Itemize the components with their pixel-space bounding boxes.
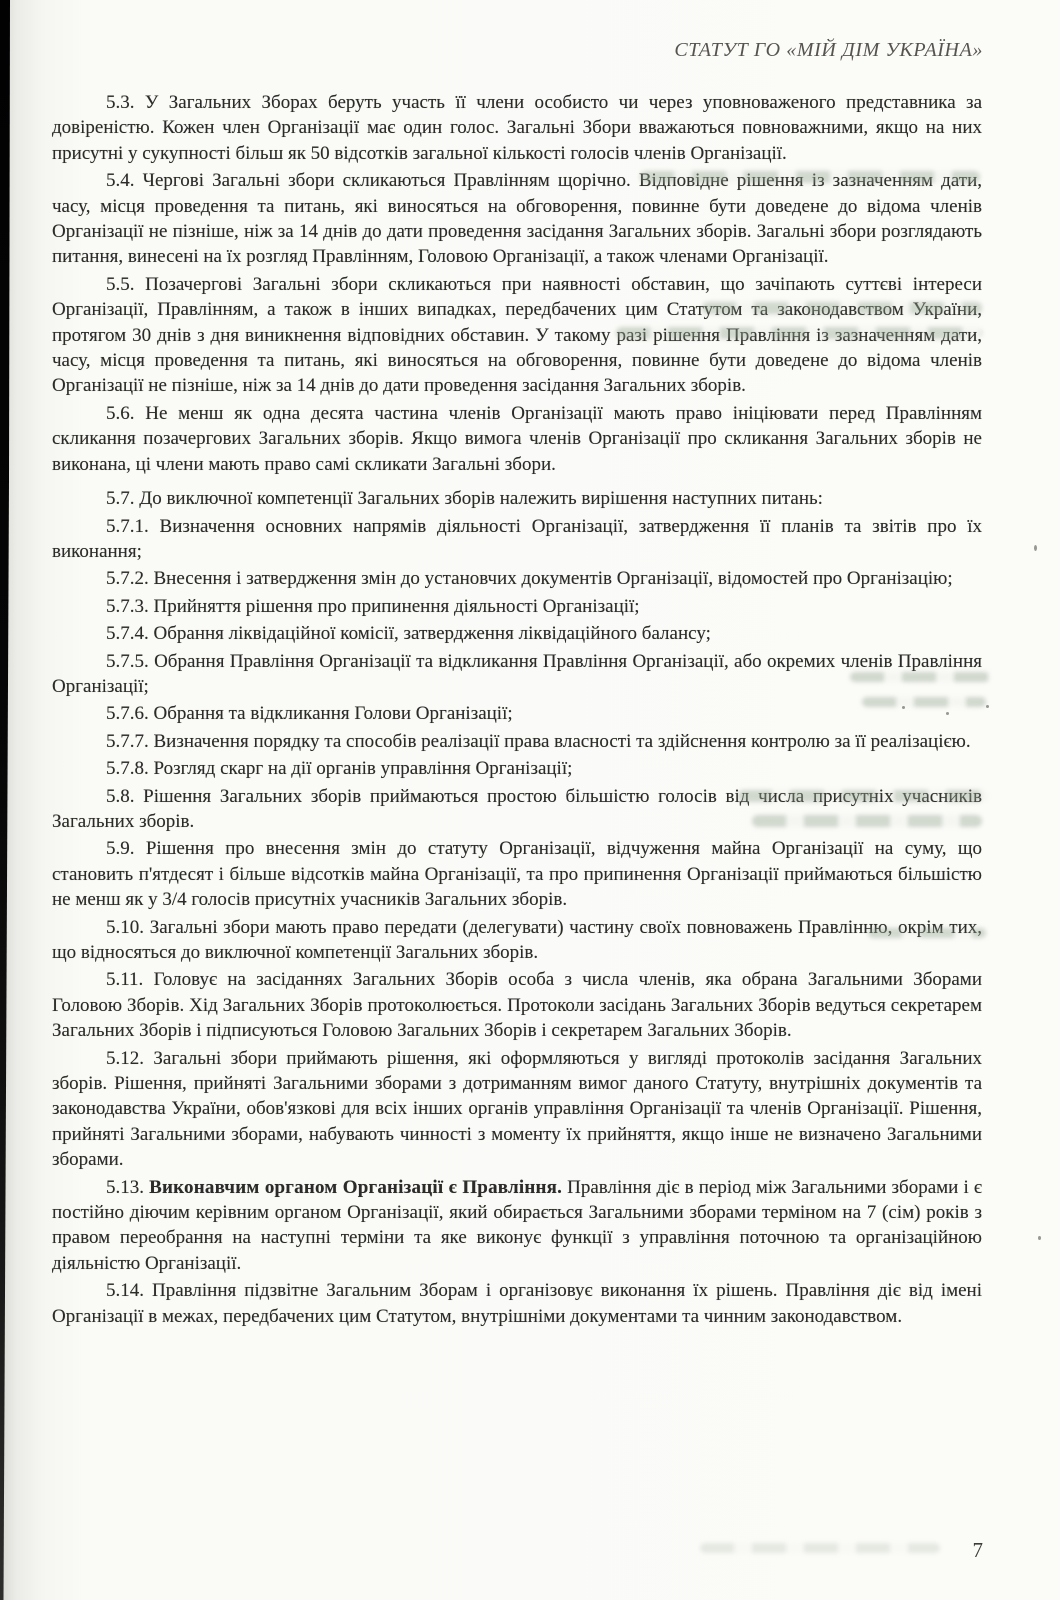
paragraph-5-4: 5.4. Чергові Загальні збори скликаються …: [52, 168, 982, 270]
clause-text: Рішення Загальних зборів приймаються про…: [52, 786, 982, 832]
clause-text: Визначення порядку та способів реалізаці…: [154, 731, 971, 752]
clause-text: Загальні збори приймають рішення, які оф…: [52, 1048, 982, 1171]
clause-number: 5.7.6.: [106, 703, 154, 724]
paragraph-5-7-6: 5.7.6. Обрання та відкликання Голови Орг…: [52, 701, 982, 726]
paragraph-5-7-3: 5.7.3. Прийняття рішення про припинення …: [52, 594, 982, 619]
clause-number: 5.7.4.: [106, 623, 154, 644]
paragraph-5-8: 5.8. Рішення Загальних зборів приймаютьс…: [52, 784, 982, 835]
clause-text: Обрання ліквідаційної комісії, затвердже…: [154, 623, 711, 644]
clause-number: 5.13.: [106, 1177, 149, 1198]
paragraph-5-10: 5.10. Загальні збори мають право передат…: [52, 915, 982, 966]
running-header: СТАТУТ ГО «МІЙ ДІМ УКРАЇНА»: [674, 39, 983, 62]
paragraph-5-7-1: 5.7.1. Визначення основних напрямів діял…: [52, 514, 982, 565]
clause-text: Правління підзвітне Загальним Зборам і о…: [52, 1280, 982, 1326]
paragraph-5-7-4: 5.7.4. Обрання ліквідаційної комісії, за…: [52, 621, 982, 646]
clause-number: 5.7.7.: [106, 731, 154, 752]
clause-text: Внесення і затвердження змін до установч…: [154, 568, 953, 589]
paragraph-5-11: 5.11. Головує на засіданнях Загальних Зб…: [52, 967, 982, 1043]
document-body: 5.3. У Загальних Зборах беруть участь її…: [52, 90, 982, 1331]
clause-number: 5.14.: [106, 1280, 152, 1301]
clause-number: 5.5.: [106, 274, 145, 295]
paragraph-5-14: 5.14. Правління підзвітне Загальним Збор…: [52, 1278, 982, 1329]
paragraph-5-9: 5.9. Рішення про внесення змін до статут…: [52, 836, 982, 912]
scan-speck: [1034, 545, 1037, 551]
scanner-edge-strip: [0, 0, 10, 1600]
clause-number: 5.7.5.: [106, 651, 154, 672]
clause-text: До виключної компетенції Загальних зборі…: [139, 488, 823, 509]
page-number: 7: [973, 1538, 984, 1563]
clause-number: 5.7.3.: [106, 596, 154, 617]
paragraph-5-7-8: 5.7.8. Розгляд скарг на дії органів упра…: [52, 756, 982, 781]
scan-speck: [1038, 1236, 1041, 1240]
clause-text: Обрання Правління Організації та відклик…: [52, 651, 982, 697]
clause-text: Розгляд скарг на дії органів управління …: [154, 758, 573, 779]
clause-number: 5.8.: [106, 786, 143, 807]
clause-text: Обрання та відкликання Голови Організаці…: [154, 703, 513, 724]
clause-text: Головує на засіданнях Загальних Зборів о…: [52, 969, 982, 1041]
paragraph-5-7-5: 5.7.5. Обрання Правління Організації та …: [52, 649, 982, 700]
paragraph-5-7-7: 5.7.7. Визначення порядку та способів ре…: [52, 729, 982, 754]
paragraph-5-7-2: 5.7.2. Внесення і затвердження змін до у…: [52, 566, 982, 591]
paragraph-5-12: 5.12. Загальні збори приймають рішення, …: [52, 1046, 982, 1173]
clause-text: У Загальних Зборах беруть участь її член…: [52, 92, 982, 164]
paragraph-5-3: 5.3. У Загальних Зборах беруть участь її…: [52, 90, 982, 166]
clause-number: 5.7.8.: [106, 758, 154, 779]
clause-number: 5.7.2.: [106, 568, 154, 589]
bleedthrough-smudge: [700, 1543, 940, 1553]
clause-text: Позачергові Загальні збори скликаються п…: [52, 274, 982, 397]
clause-text: Рішення про внесення змін до статуту Орг…: [52, 838, 982, 910]
clause-text: Загальні збори мають право передати (дел…: [52, 917, 982, 963]
clause-number: 5.10.: [106, 917, 150, 938]
clause-number: 5.6.: [106, 403, 145, 424]
clause-text: Не менш як одна десята частина членів Ор…: [52, 403, 982, 475]
clause-text: Чергові Загальні збори скликаються Правл…: [52, 170, 982, 267]
paragraph-5-5: 5.5. Позачергові Загальні збори скликают…: [52, 272, 982, 399]
clause-number: 5.7.: [106, 488, 139, 509]
paragraph-5-6: 5.6. Не менш як одна десята частина член…: [52, 401, 982, 477]
clause-number: 5.3.: [106, 92, 145, 113]
clause-number: 5.4.: [106, 170, 143, 191]
clause-number: 5.9.: [106, 838, 146, 859]
clause-number: 5.12.: [106, 1048, 153, 1069]
clause-number: 5.11.: [106, 969, 154, 990]
clause-text-bold: Виконавчим органом Організації є Правлін…: [149, 1177, 562, 1198]
scan-speck: [986, 705, 989, 708]
clause-text: Визначення основних напрямів діяльності …: [52, 516, 982, 562]
paragraph-5-7: 5.7. До виключної компетенції Загальних …: [52, 486, 982, 511]
clause-text: Прийняття рішення про припинення діяльно…: [154, 596, 640, 617]
paragraph-5-13: 5.13. Виконавчим органом Організації є П…: [52, 1175, 982, 1277]
clause-number: 5.7.1.: [106, 516, 160, 537]
